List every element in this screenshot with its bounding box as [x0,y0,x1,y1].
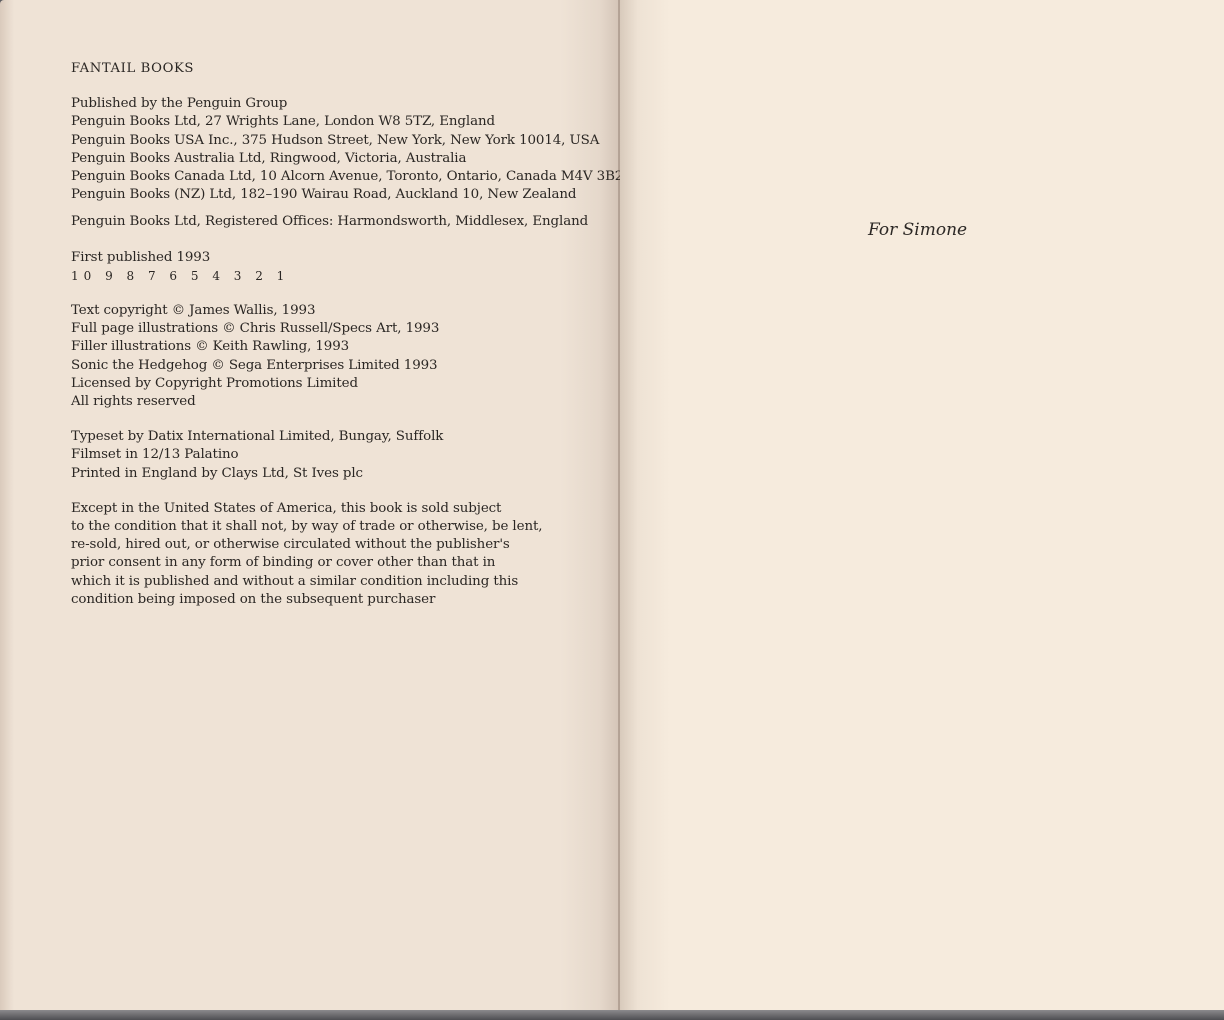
copyright-line: Filler illustrations © Keith Rawling, 19… [71,338,591,356]
conditions-block: Except in the United States of America, … [71,500,591,609]
copyright-line: Text copyright © James Wallis, 1993 [71,302,591,320]
book-gutter [618,0,620,1012]
printing-line: 10 9 8 7 6 5 4 3 2 1 [71,267,591,285]
copyright-page: FANTAIL BOOKS Published by the Penguin G… [0,0,620,1012]
copyright-line: Licensed by Copyright Promotions Limited [71,375,591,393]
background-surface [0,1010,1224,1020]
publication-block: First published 1993 10 9 8 7 6 5 4 3 2 … [71,249,591,285]
imprint-block: FANTAIL BOOKS Published by the Penguin G… [71,60,591,626]
condition-line: re-sold, hired out, or otherwise circula… [71,536,591,554]
condition-line: to the condition that it shall not, by w… [71,518,591,536]
address-line: Penguin Books USA Inc., 375 Hudson Stree… [71,132,591,150]
copyright-line: All rights reserved [71,393,591,411]
imprint-name: FANTAIL BOOKS [71,60,591,78]
copyright-line: Full page illustrations © Chris Russell/… [71,320,591,338]
address-line: Penguin Books (NZ) Ltd, 182–190 Wairau R… [71,186,591,204]
copyright-block: Text copyright © James Wallis, 1993 Full… [71,302,591,411]
publisher-addresses: Published by the Penguin Group Penguin B… [71,95,591,204]
production-block: Typeset by Datix International Limited, … [71,428,591,483]
copyright-line: Sonic the Hedgehog © Sega Enterprises Li… [71,357,591,375]
address-line: Penguin Books Ltd, 27 Wrights Lane, Lond… [71,113,591,131]
registered-offices-block: Penguin Books Ltd, Registered Offices: H… [71,213,591,231]
registered-offices: Penguin Books Ltd, Registered Offices: H… [71,213,591,231]
condition-line: condition being imposed on the subsequen… [71,591,591,609]
book-spread: FANTAIL BOOKS Published by the Penguin G… [0,0,1224,1012]
condition-line: which it is published and without a simi… [71,573,591,591]
production-line: Typeset by Datix International Limited, … [71,428,591,446]
condition-line: Except in the United States of America, … [71,500,591,518]
dedication-page [620,0,1224,1012]
production-line: Filmset in 12/13 Palatino [71,446,591,464]
address-line: Penguin Books Australia Ltd, Ringwood, V… [71,150,591,168]
dedication: For Simone [868,220,967,240]
address-line: Penguin Books Canada Ltd, 10 Alcorn Aven… [71,168,591,186]
condition-line: prior consent in any form of binding or … [71,554,591,572]
production-line: Printed in England by Clays Ltd, St Ives… [71,465,591,483]
first-published: First published 1993 [71,249,591,267]
address-line: Published by the Penguin Group [71,95,591,113]
